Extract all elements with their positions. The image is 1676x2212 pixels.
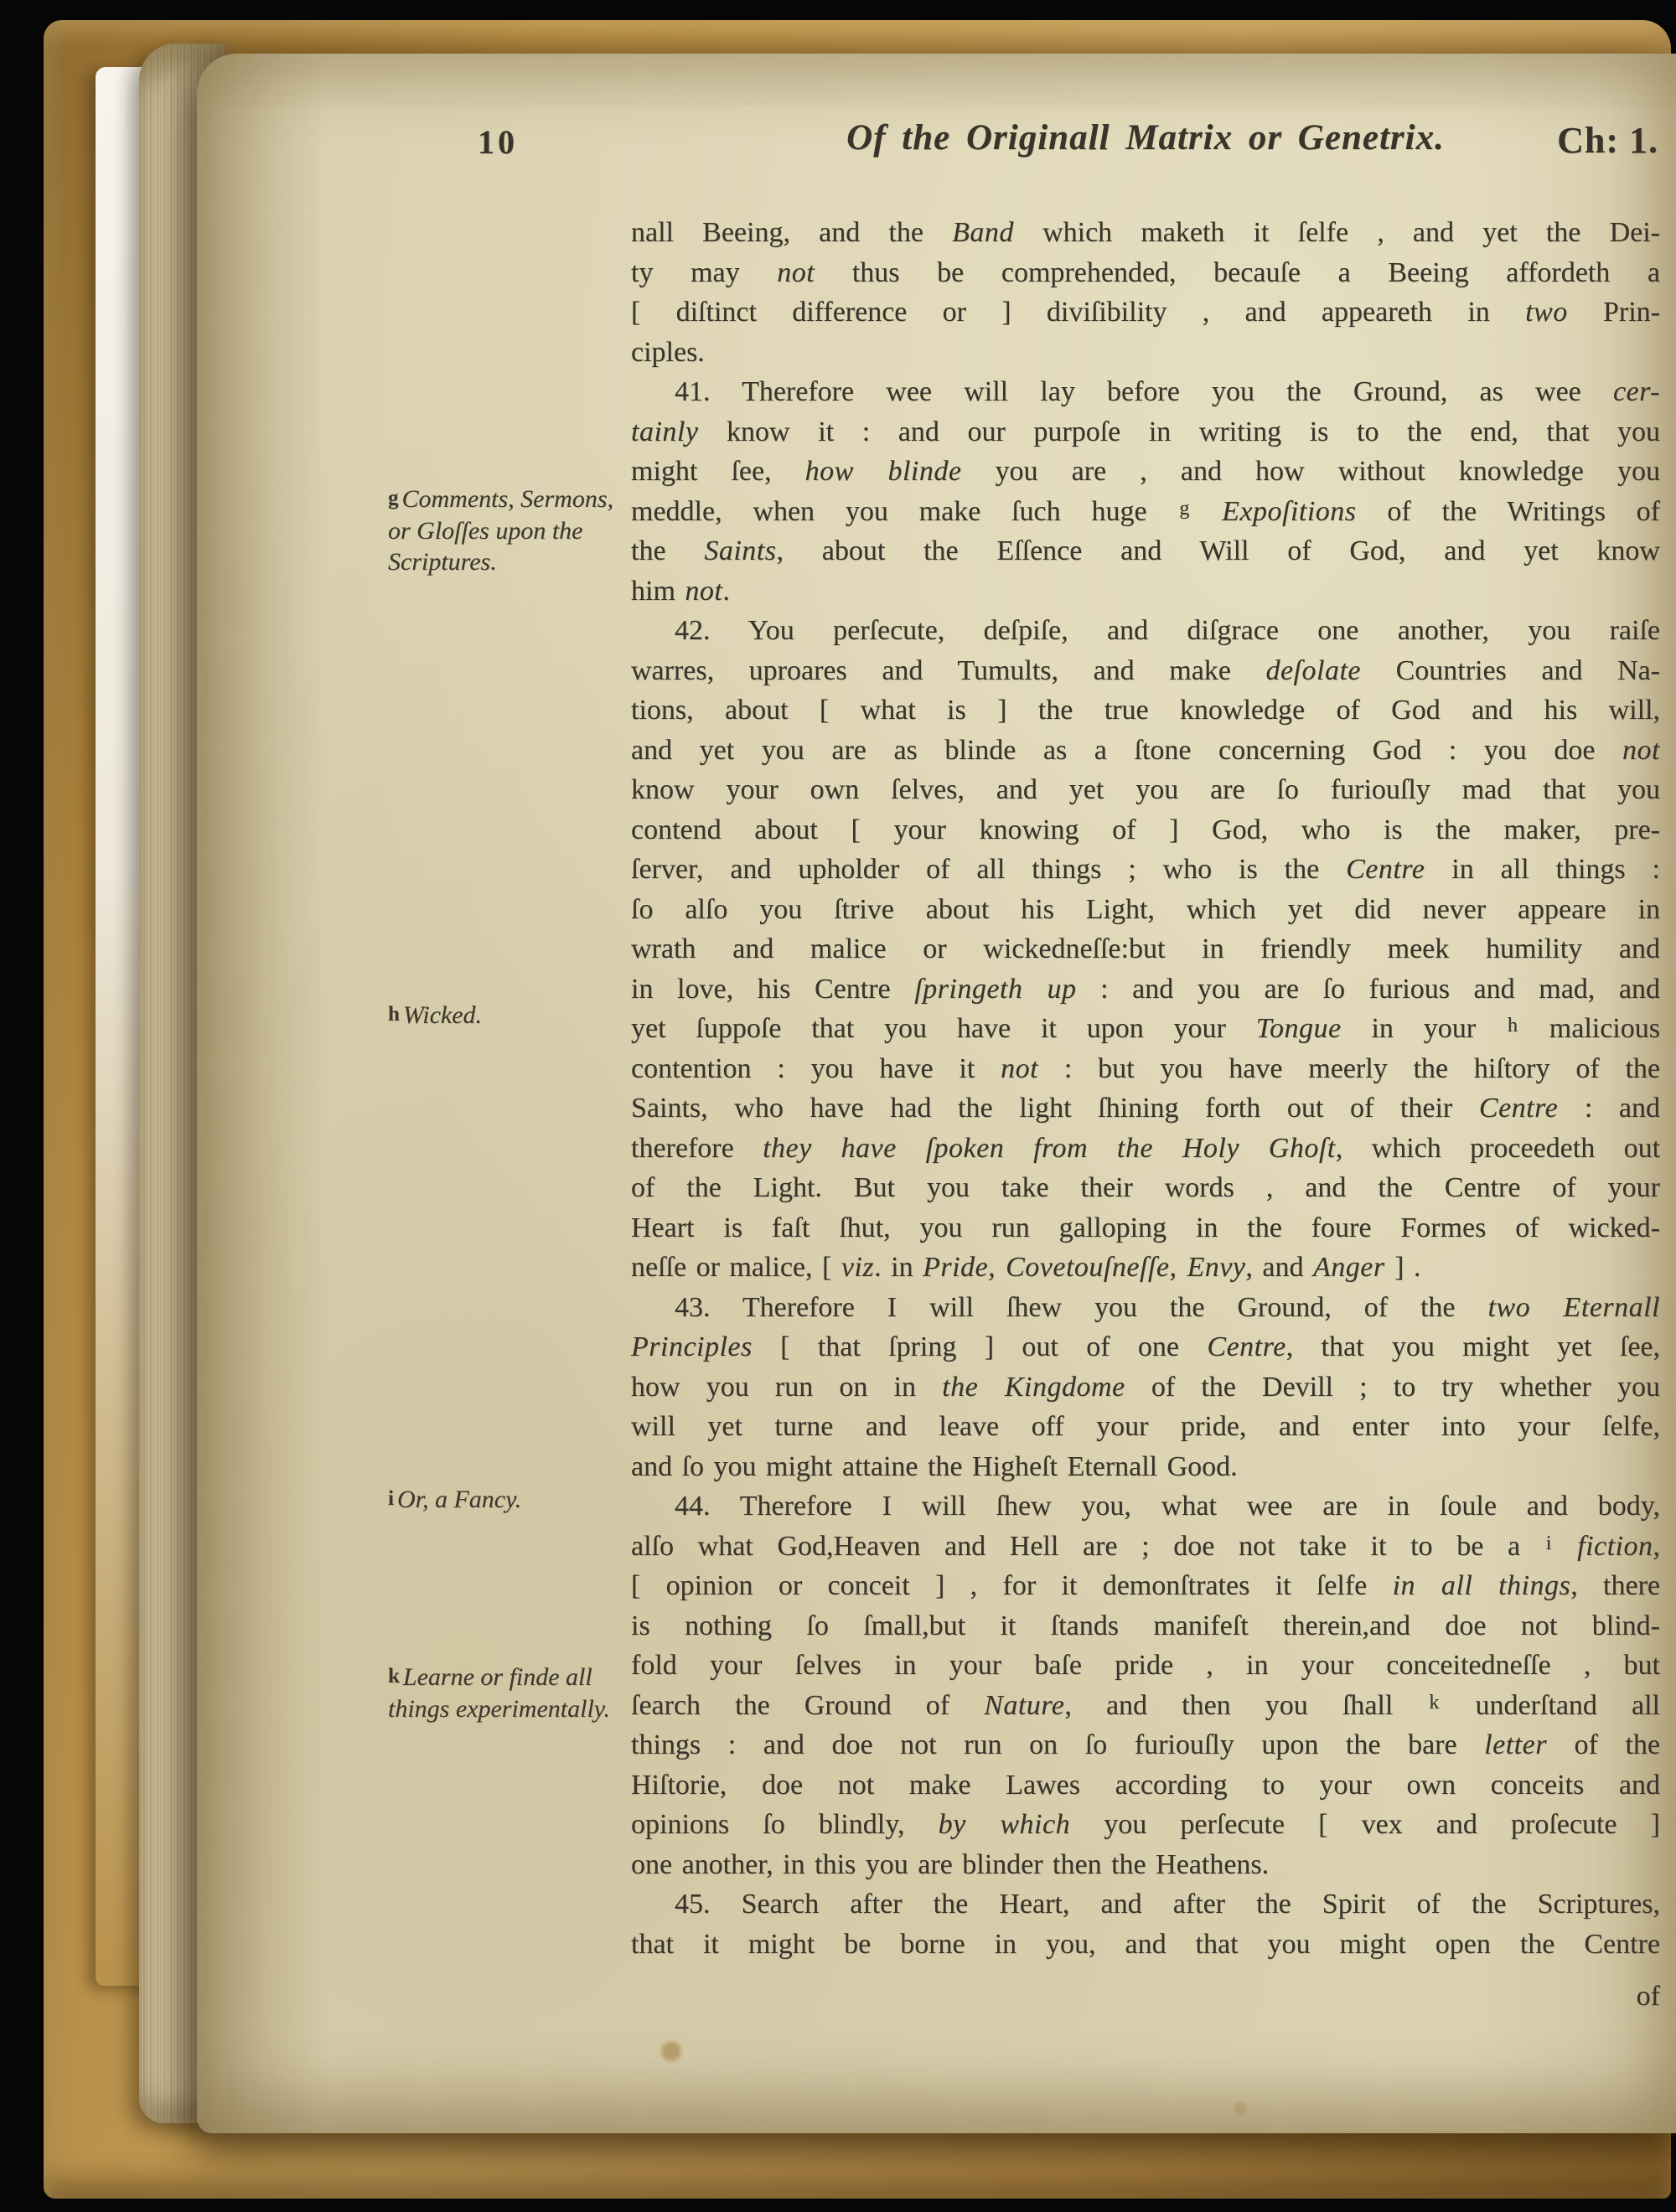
text-line: know your own ſelves, and yet you are ſo… [631,770,1660,810]
chapter-number: Ch: 1. [1557,119,1658,162]
paragraph: 41. Therefore wee will lay before you th… [631,372,1660,611]
text-line: [ opinion or conceit ] , for it demonſtr… [631,1566,1660,1606]
text-line: tainly know it : and our purpoſe in writ… [631,412,1660,452]
text-line: 41. Therefore wee will lay before you th… [631,372,1660,412]
note-text: Comments, Sermons, or Gloſſes upon the S… [388,485,613,576]
text-line: and ſo you might attaine the Higheſt Ete… [631,1447,1660,1487]
text-line: ty may not thus be comprehended, becauſe… [631,253,1660,293]
text-line: the Saints, about the Eſſence and Will o… [631,531,1660,571]
text-line: will yet turne and leave off your pride,… [631,1407,1660,1447]
text-line: of the Light. But you take their words ,… [631,1168,1660,1208]
text-line: how you run on in the Kingdome of the De… [631,1367,1660,1408]
text-line: [ diſtinct difference or ] diviſibility … [631,292,1660,333]
margin-note: hWicked. [388,999,614,1031]
note-reference-letter: i [388,1487,394,1510]
paragraph: 45. Search after the Heart, and after th… [631,1884,1660,1964]
text-line: 45. Search after the Heart, and after th… [631,1884,1660,1925]
paragraph: 43. Therefore I will ſhew you the Ground… [631,1288,1660,1487]
paragraph: 42. You perſecute, deſpiſe, and diſgrace… [631,611,1660,1288]
text-line: opinions ſo blindly, by which you perſec… [631,1805,1660,1845]
text-line: ciples. [631,333,1660,373]
note-text: Learne or finde all things experimentall… [388,1663,610,1723]
text-line: him not. [631,571,1660,612]
text-line: meddle, when you make ſuch huge g Expoſi… [631,492,1660,532]
margin-note: iOr, a Fancy. [388,1483,614,1516]
book-photo: 10 Of the Originall Matrix or Genetrix. … [0,0,1676,2212]
book-page: 10 Of the Originall Matrix or Genetrix. … [197,54,1676,2133]
text-line: ſerver, and upholder of all things ; who… [631,850,1660,890]
text-line: alſo what God,Heaven and Hell are ; doe … [631,1527,1660,1567]
note-reference-letter: k [388,1665,400,1687]
text-line: that it might be borne in you, and that … [631,1925,1660,1965]
text-line: in love, his Centre ſpringeth up : and y… [631,969,1660,1010]
text-line: things : and doe not run on ſo furiouſly… [631,1725,1660,1765]
text-line: might ſee, how blinde you are , and how … [631,452,1660,492]
text-line: contention : you have it not : but you h… [631,1049,1660,1089]
page-number: 10 [478,122,518,162]
text-line: therefore they have ſpoken from the Holy… [631,1129,1660,1169]
note-text: Or, a Fancy. [397,1486,521,1513]
text-line: fold your ſelves in your baſe pride , in… [631,1646,1660,1686]
text-line: is nothing ſo ſmall,but it ſtands manife… [631,1606,1660,1646]
margin-note: gComments, Sermons, or Gloſſes upon the … [388,483,614,578]
text-line: ſearch the Ground of Nature, and then yo… [631,1686,1660,1726]
text-line: 42. You perſecute, deſpiſe, and diſgrace… [631,611,1660,651]
catchword: of [631,1981,1660,2013]
page-header: Of the Originall Matrix or Genetrix. Ch:… [631,117,1660,171]
text-line: Principles [ that ſpring ] out of one Ce… [631,1327,1660,1367]
text-line: one another, in this you are blinder the… [631,1845,1660,1885]
text-line: and yet you are as blinde as a ſtone con… [631,731,1660,771]
text-line: wrath and malice or wickedneſſe:but in f… [631,929,1660,969]
note-text: Wicked. [403,1001,482,1029]
body-text: nall Beeing, and the Band which maketh i… [631,213,1660,1964]
text-line: Heart is faſt ſhut, you run galloping in… [631,1208,1660,1248]
text-line: contend about [ your knowing of ] God, w… [631,810,1660,850]
text-line: 43. Therefore I will ſhew you the Ground… [631,1288,1660,1328]
text-line: nall Beeing, and the Band which maketh i… [631,213,1660,253]
text-line: neſſe or malice, [ viz. in Pride, Coveto… [631,1248,1660,1288]
text-line: Hiſtorie, doe not make Lawes according t… [631,1765,1660,1806]
text-line: warres, uproares and Tumults, and make d… [631,651,1660,691]
text-line: tions, about [ what is ] the true knowle… [631,690,1660,731]
paragraph: 44. Therefore I will ſhew you, what wee … [631,1486,1660,1884]
text-line: 44. Therefore I will ſhew you, what wee … [631,1486,1660,1527]
running-title: Of the Originall Matrix or Genetrix. [846,118,1445,158]
paragraph: nall Beeing, and the Band which maketh i… [631,213,1660,372]
margin-note: kLearne or finde all things experimental… [388,1661,614,1724]
text-line: Saints, who have had the light ſhining f… [631,1088,1660,1129]
text-line: yet ſuppoſe that you have it upon your T… [631,1009,1660,1049]
text-line: ſo alſo you ſtrive about his Light, whic… [631,890,1660,930]
note-reference-letter: h [388,1003,400,1026]
note-reference-letter: g [388,487,399,509]
